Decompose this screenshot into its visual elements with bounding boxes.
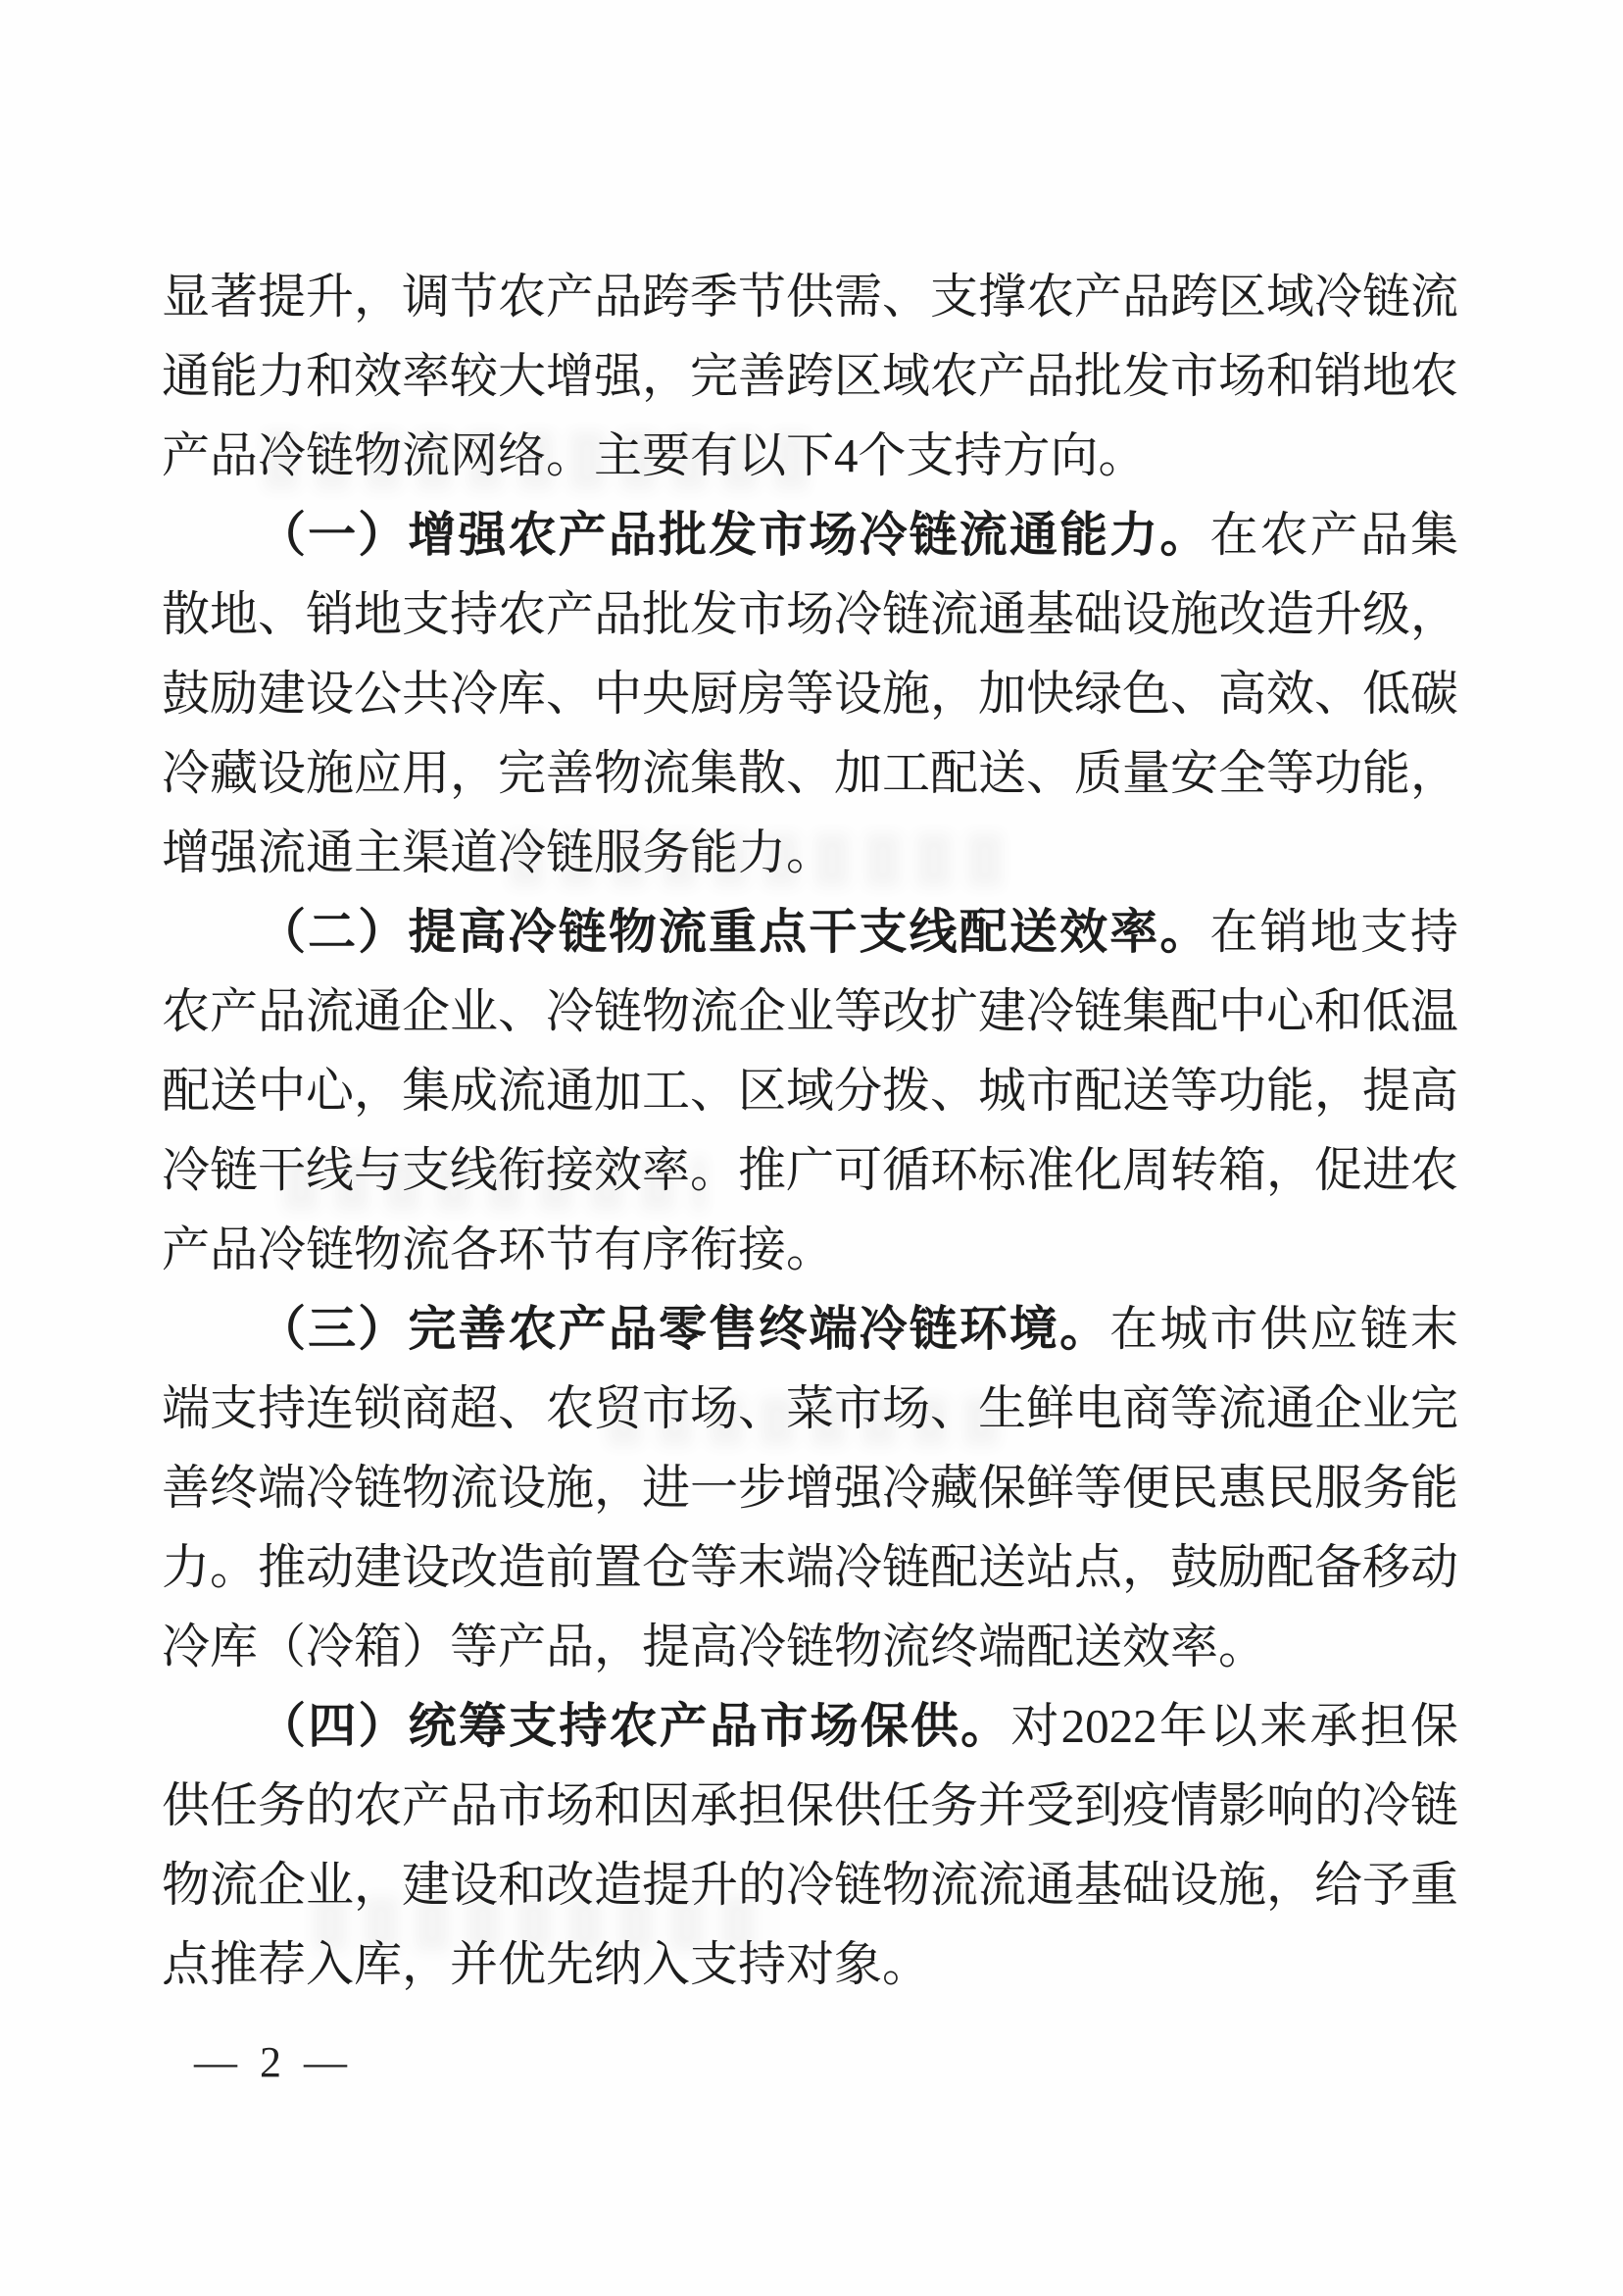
paragraph-item-2: （二）提高冷链物流重点干支线配送效率。在销地支持农产品流通企业、冷链物流企业等改… xyxy=(162,892,1458,1289)
document-page: 显著提升，调节农产品跨季节供需、支撑农产品跨区域冷链流通能力和效率较大增强，完善… xyxy=(0,0,1623,2296)
paragraph-heading: （四）统筹支持农产品市场保供。 xyxy=(258,1699,1010,1753)
paragraph-body: 在农产品集散地、销地支持农产品批发市场冷链流通基础设施改造升级，鼓励建设公共冷库… xyxy=(162,508,1458,879)
paragraph-item-1: （一）增强农产品批发市场冷链流通能力。在农产品集散地、销地支持农产品批发市场冷链… xyxy=(162,495,1458,892)
paragraph-item-4: （四）统筹支持农产品市场保供。对2022年以来承担保供任务的农产品市场和因承担保… xyxy=(162,1686,1458,2004)
paragraph-item-3: （三）完善农产品零售终端冷链环境。在城市供应链末端支持连锁商超、农贸市场、菜市场… xyxy=(162,1289,1458,1686)
paragraph-heading: （一）增强农产品批发市场冷链流通能力。 xyxy=(258,508,1209,562)
page-number: — 2 — xyxy=(194,2037,353,2087)
paragraph-body: 在销地支持农产品流通企业、冷链物流企业等改扩建冷链集配中心和低温配送中心，集成流… xyxy=(162,905,1458,1276)
paragraph-heading: （三）完善农产品零售终端冷链环境。 xyxy=(258,1302,1109,1356)
paragraph-heading: （二）提高冷链物流重点干支线配送效率。 xyxy=(258,905,1209,959)
document-body-text: 显著提升，调节农产品跨季节供需、支撑农产品跨区域冷链流通能力和效率较大增强，完善… xyxy=(162,257,1458,2004)
paragraph-continuation: 显著提升，调节农产品跨季节供需、支撑农产品跨区域冷链流通能力和效率较大增强，完善… xyxy=(162,257,1458,495)
paragraph-body: 显著提升，调节农产品跨季节供需、支撑农产品跨区域冷链流通能力和效率较大增强，完善… xyxy=(162,270,1458,482)
paragraph-body: 在城市供应链末端支持连锁商超、农贸市场、菜市场、生鲜电商等流通企业完善终端冷链物… xyxy=(162,1302,1458,1673)
